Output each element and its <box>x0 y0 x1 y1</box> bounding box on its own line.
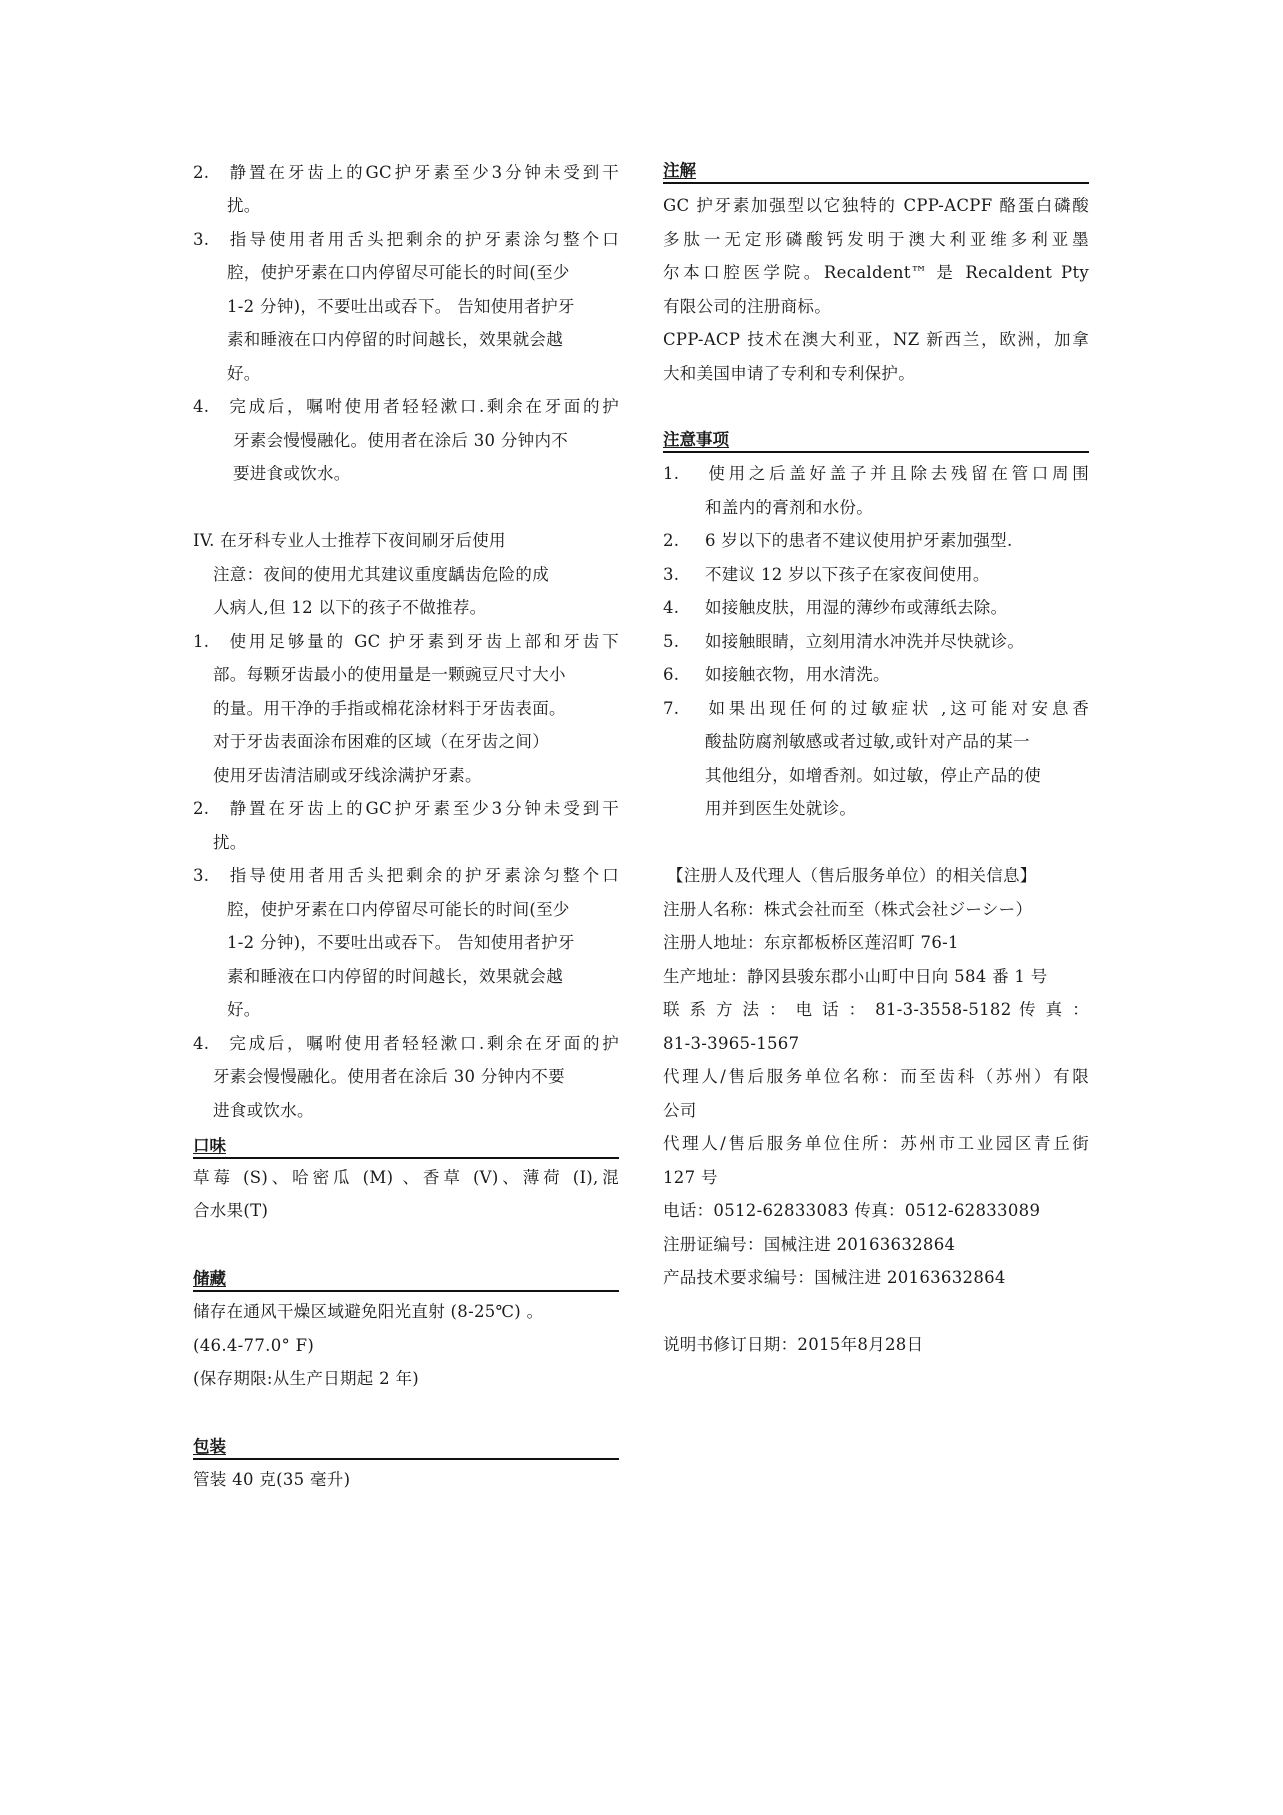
notes-heading: 注解 <box>663 160 1089 184</box>
step-4-line-2: 牙素会慢慢融化。使用者在涂后 30 分钟内不 <box>233 430 568 452</box>
flavor-heading: 口味 <box>193 1135 619 1159</box>
registrant-address: 注册人地址：东京都板桥区莲沼町 76-1 <box>663 932 959 954</box>
step-3-line-3: 1-2 分钟)，不要吐出或吞下。 告知使用者护牙 <box>227 296 575 318</box>
iv-step-4-line-3: 进食或饮水。 <box>213 1100 314 1122</box>
precaution-7-line-2: 酸盐防腐剂敏感或者过敏,或针对产品的某一 <box>705 731 1030 753</box>
storage-line-2: (46.4-77.0° F) <box>193 1335 314 1357</box>
precaution-7-line-1: 7.如果出现任何的过敏症状 ,这可能对安息香 <box>663 698 1089 720</box>
iv-step-4-line-1: 4.完成后，嘱咐使用者轻轻漱口.剩余在牙面的护 <box>193 1033 619 1055</box>
agent-name-line-2: 公司 <box>663 1100 697 1122</box>
notes-line-6: 大和美国申请了专利和专利保护。 <box>663 363 915 385</box>
iv-step-1-line-3: 的量。用干净的手指或棉花涂材料于牙齿表面。 <box>213 698 566 720</box>
agent-address-line-2: 127 号 <box>663 1167 718 1189</box>
precaution-6: 6.如接触衣物，用水清洗。 <box>663 664 890 686</box>
storage-line-3: (保存期限:从生产日期起 2 年) <box>193 1368 419 1390</box>
step-3-line-2: 腔，使护牙素在口内停留尽可能长的时间(至少 <box>227 262 570 284</box>
iv-step-3-line-2: 腔，使护牙素在口内停留尽可能长的时间(至少 <box>227 899 570 921</box>
iv-step-2-line-2: 扰。 <box>213 832 247 854</box>
registrant-title: 【注册人及代理人（售后服务单位）的相关信息】 <box>667 865 1037 887</box>
notes-line-1: GC 护牙素加强型以它独特的 CPP-ACPF 酪蛋白磷酸 <box>663 195 1089 217</box>
precaution-5: 5.如接触眼睛，立刻用清水冲洗并尽快就诊。 <box>663 631 1024 653</box>
iv-step-3-line-1: 3.指导使用者用舌头把剩余的护牙素涂匀整个口 <box>193 865 619 887</box>
registrant-name: 注册人名称：株式会社而至（株式会社ジーシー） <box>663 899 1032 921</box>
storage-heading: 储藏 <box>193 1268 619 1292</box>
step-4-line-3: 要进食或饮水。 <box>233 463 351 485</box>
iv-step-1-line-2: 部。每颗牙齿最小的使用量是一颗豌豆尺寸大小 <box>213 664 566 686</box>
section-iv-title: IV. 在牙科专业人士推荐下夜间刷牙后使用 <box>193 530 506 552</box>
precaution-3: 3.不建议 12 岁以下孩子在家夜间使用。 <box>663 564 990 586</box>
notes-line-5: CPP-ACP 技术在澳大利亚，NZ 新西兰，欧洲，加拿 <box>663 329 1089 351</box>
iv-step-3-line-5: 好。 <box>227 999 261 1021</box>
iv-step-1-line-5: 使用牙齿清洁刷或牙线涂满护牙素。 <box>213 765 482 787</box>
production-address: 生产地址：静冈县骏东郡小山町中日向 584 番 1 号 <box>663 966 1048 988</box>
iv-step-3-line-3: 1-2 分钟)，不要吐出或吞下。 告知使用者护牙 <box>227 932 575 954</box>
contact-phone-fax: 联 系 方 法 ： 电 话 ： 81-3-3558-5182 传 真 ： <box>663 999 1089 1021</box>
precaution-4: 4.如接触皮肤，用湿的薄纱布或薄纸去除。 <box>663 597 1007 619</box>
step-2-line-1: 2.静置在牙齿上的GC护牙素至少3分钟未受到干 <box>193 162 619 184</box>
packaging-heading: 包装 <box>193 1436 619 1460</box>
agent-address-line-1: 代理人/售后服务单位住所：苏州市工业园区青丘街 <box>663 1133 1089 1155</box>
step-3-line-5: 好。 <box>227 363 261 385</box>
flavor-line-1: 草莓 (S)、哈密瓜 (M) 、香草 (V)、薄荷 (I),混 <box>193 1167 619 1189</box>
flavor-line-2: 合水果(T) <box>193 1200 268 1222</box>
registration-number: 注册证编号：国械注进 20163632864 <box>663 1234 955 1256</box>
contact-fax-number: 81-3-3965-1567 <box>663 1033 799 1055</box>
precaution-7-line-4: 用并到医生处就诊。 <box>705 798 856 820</box>
packaging-line-1: 管装 40 克(35 毫升) <box>193 1469 350 1491</box>
step-2-line-2: 扰。 <box>227 195 261 217</box>
step-4-line-1: 4.完成后，嘱咐使用者轻轻漱口.剩余在牙面的护 <box>193 396 619 418</box>
precaution-7-line-3: 其他组分，如增香剂。如过敏，停止产品的使 <box>705 765 1041 787</box>
notes-line-4: 有限公司的注册商标。 <box>663 296 831 318</box>
storage-line-1: 储存在通风干燥区域避免阳光直射 (8-25℃) 。 <box>193 1301 543 1323</box>
notes-line-2: 多肽一无定形磷酸钙发明于澳大利亚维多利亚墨 <box>663 229 1089 251</box>
agent-phone-fax: 电话：0512-62833083 传真：0512-62833089 <box>663 1200 1040 1222</box>
step-3-line-1: 3.指导使用者用舌头把剩余的护牙素涂匀整个口 <box>193 229 619 251</box>
precaution-1-line-2: 和盖内的膏剂和水份。 <box>705 497 873 519</box>
iv-step-3-line-4: 素和睡液在口内停留的时间越长，效果就会越 <box>227 966 563 988</box>
notes-line-3: 尔本口腔医学院。Recaldent™ 是 Recaldent Pty <box>663 262 1089 284</box>
precautions-heading: 注意事项 <box>663 429 1089 453</box>
iv-step-1-line-1: 1.使用足够量的 GC 护牙素到牙齿上部和牙齿下 <box>193 631 619 653</box>
step-3-line-4: 素和睡液在口内停留的时间越长，效果就会越 <box>227 329 563 351</box>
iv-step-1-line-4: 对于牙齿表面涂布困难的区域（在牙齿之间） <box>213 731 549 753</box>
section-iv-note-line-1: 注意：夜间的使用尤其建议重度龋齿危险的成 <box>213 564 549 586</box>
section-iv-note-line-2: 人病人,但 12 以下的孩子不做推荐。 <box>213 597 486 619</box>
iv-step-2-line-1: 2.静置在牙齿上的GC护牙素至少3分钟未受到干 <box>193 798 619 820</box>
product-tech-requirement-number: 产品技术要求编号：国械注进 20163632864 <box>663 1267 1006 1289</box>
iv-step-4-line-2: 牙素会慢慢融化。使用者在涂后 30 分钟内不要 <box>213 1066 565 1088</box>
precaution-1-line-1: 1.使用之后盖好盖子并且除去残留在管口周围 <box>663 463 1089 485</box>
revision-date: 说明书修订日期：2015年8月28日 <box>663 1334 923 1356</box>
agent-name-line-1: 代理人/售后服务单位名称：而至齿科（苏州）有限 <box>663 1066 1089 1088</box>
precaution-2: 2.6 岁以下的患者不建议使用护牙素加强型. <box>663 530 1013 552</box>
